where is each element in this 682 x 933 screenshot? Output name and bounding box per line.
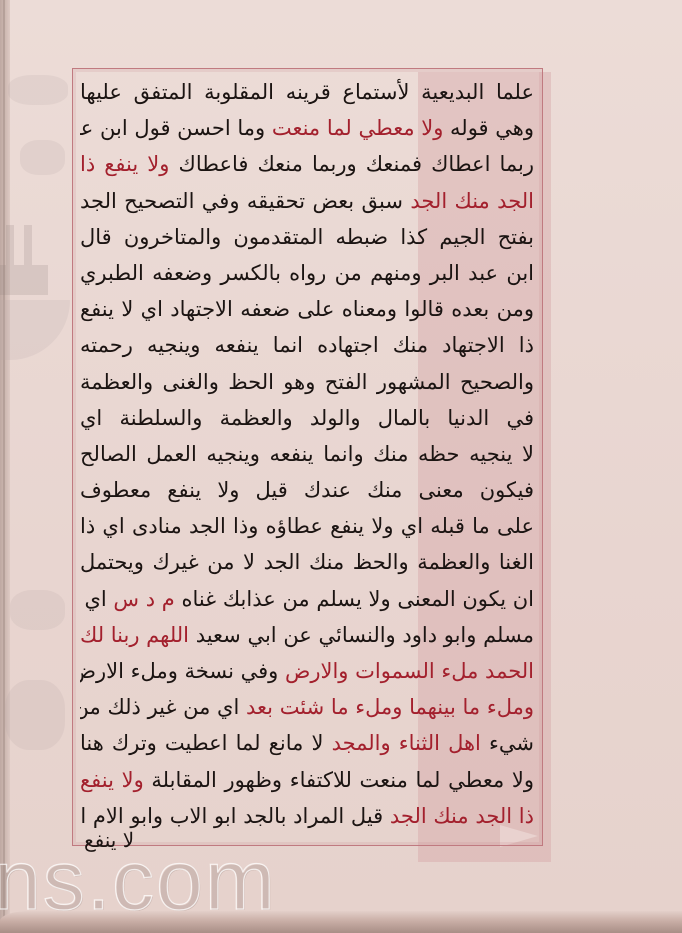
text-line: ربما اعطاك فمنعك وربما منعك فاعطاك ولا ي… [80,146,534,182]
text-line: ذا الجد منك الجد قيل المراد بالجد ابو ال… [80,798,534,834]
body-text: والصحيح المشهور الفتح وهو الحظ والغنى وا… [80,370,534,394]
text-line: ولا معطي لما منعت للاكتفاء وظهور المقابل… [80,762,534,798]
rubric-text: وملء ما بينهما وملء ما شئت بعد [246,695,534,719]
rubric-text: م د س [113,587,174,611]
text-line: ابن عبد البر ومنهم من رواه بالكسر وضعفه … [80,255,534,291]
text-line: فيكون معنى منك عندك قيل ولا ينفع معطوف [80,472,534,508]
text-line: لا ينجيه حظه منك وانما ينفعه وينجيه العم… [80,436,534,472]
text-line: ذا الاجتهاد منك اجتهاده انما ينفعه وينجي… [80,327,534,363]
body-text: ان يكون المعنى ولا يسلم من عذابك غناه [175,587,534,611]
watermark-mosque-icon [0,215,48,295]
text-line: والصحيح المشهور الفتح وهو الحظ والغنى وا… [80,364,534,400]
body-text: ربما اعطاك فمنعك وربما منعك فاعطاك [169,152,534,176]
text-line: علما البديعية لأستماع قرينه المقلوبة الم… [80,74,534,110]
manuscript-page: علما البديعية لأستماع قرينه المقلوبة الم… [0,0,682,933]
rubric-text: الجد منك الجد [410,189,534,213]
body-text: الغنا والعظمة والحظ منك الجد لا من غيرك … [80,550,534,574]
body-text: وهي قوله [443,116,534,140]
rubric-text: ولا ينفع ذا [80,152,169,176]
watermark-floral-4 [5,680,65,750]
page-bottom-edge [0,911,682,933]
body-text: شيء [481,731,534,755]
watermark-floral-1 [8,75,68,105]
text-line: ان يكون المعنى ولا يسلم من عذابك غناه م … [80,581,534,617]
body-text: علما البديعية لأستماع قرينه المقلوبة الم… [80,80,534,104]
body-text: لا مانع لما اعطيت وترك هنا [80,731,332,755]
body-text: فيكون معنى منك عندك قيل ولا ينفع معطوف [80,478,534,502]
text-line: الحمد ملء السموات والارض وفي نسخة وملء ا… [80,653,534,689]
body-text: وما احسن قول ابن عطا [80,116,272,140]
rubric-text: ذا الجد منك الجد [390,804,534,828]
body-text: بفتح الجيم كذا ضبطه المتقدمون والمتاخرون… [80,225,534,249]
text-line: الغنا والعظمة والحظ منك الجد لا من غيرك … [80,544,534,580]
text-line: الجد منك الجد سبق بعض تحقيقه وفي التصحيح… [80,183,534,219]
text-line: ومن بعده قالوا ومعناه على ضعفه الاجتهاد … [80,291,534,327]
body-text: قيل المراد بالجد ابو الاب وابو الام اي [80,804,390,828]
spine-shadow [3,0,5,933]
rubric-text: اللهم ربنا لك [80,623,189,647]
body-text: اي رواه [80,587,113,611]
watermark-floral-2 [20,140,65,175]
body-text: ذا الاجتهاد منك اجتهاده انما ينفعه وينجي… [80,333,534,357]
body-text: ومن بعده قالوا ومعناه على ضعفه الاجتهاد … [80,297,534,321]
book-spine [0,0,10,933]
body-text: وفي نسخة وملء الارض [80,659,285,683]
text-line: بفتح الجيم كذا ضبطه المتقدمون والمتاخرون… [80,219,534,255]
text-line: في الدنيا بالمال والولد والعظمة والسلطنة… [80,400,534,436]
text-line: وملء ما بينهما وملء ما شئت بعد اي من غير… [80,689,534,725]
text-line: على ما قبله اي ولا ينفع عطاؤه وذا الجد م… [80,508,534,544]
body-text: ولا معطي لما منعت للاكتفاء وظهور المقابل… [144,768,534,792]
body-text: اي من غير ذلك من [80,695,246,719]
rubric-text: اهل الثناء والمجد [332,731,481,755]
manuscript-text: علما البديعية لأستماع قرينه المقلوبة الم… [80,74,534,834]
body-text: سبق بعض تحقيقه وفي التصحيح الجد [80,189,410,213]
watermark-text: ns.com [0,838,277,922]
text-line: مسلم وابو داود والنسائي عن ابي سعيد الله… [80,617,534,653]
text-line: وهي قوله ولا معطي لما منعت وما احسن قول … [80,110,534,146]
watermark-arc [0,300,70,360]
body-text: مسلم وابو داود والنسائي عن ابي سعيد [189,623,534,647]
text-line: شيء اهل الثناء والمجد لا مانع لما اعطيت … [80,725,534,761]
body-text: في الدنيا بالمال والولد والعظمة والسلطنة… [80,406,534,430]
rubric-text: ولا معطي لما منعت [272,116,444,140]
watermark-floral-3 [10,590,65,630]
rubric-text: ولا ينفع [80,768,144,792]
body-text: لا ينجيه حظه منك وانما ينفعه وينجيه العم… [80,442,534,466]
body-text: على ما قبله اي ولا ينفع عطاؤه وذا الجد م… [80,514,534,538]
rubric-text: الحمد ملء السموات والارض [285,659,534,683]
body-text: ابن عبد البر ومنهم من رواه بالكسر وضعفه … [80,261,534,285]
